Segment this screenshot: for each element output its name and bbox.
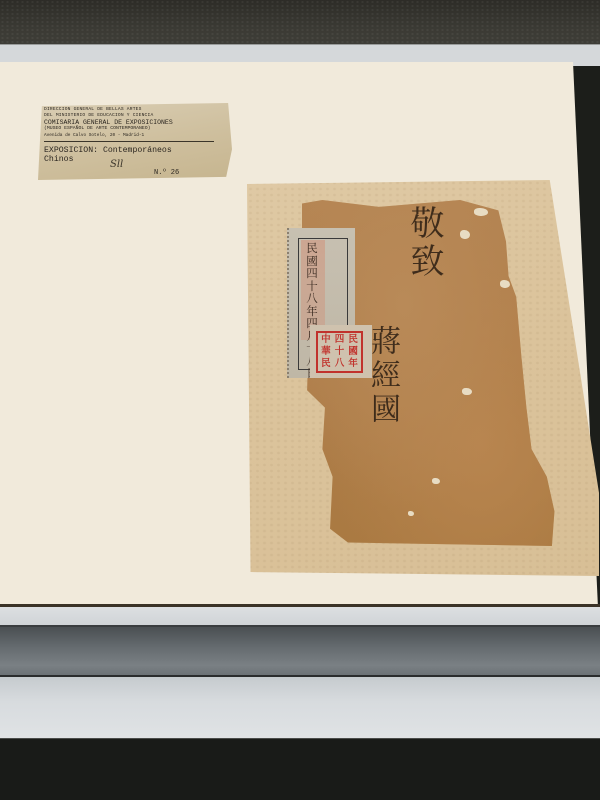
case-rail-lower: [0, 677, 600, 739]
calligraphy-column-2: 蔣經國: [360, 325, 404, 427]
label-line-4: (MUSEO ESPAÑOL DE ARTE CONTEMPORANEO): [44, 126, 226, 132]
red-seal-stamp: 中 四 民 華 十 國 民 八 年: [316, 331, 363, 373]
paper-damage: [432, 478, 440, 484]
seal-char: 八: [333, 358, 347, 370]
label-address: Avenida de Calvo Sotelo, 20 - Madrid-1: [44, 133, 214, 142]
case-rail-upper: [0, 607, 600, 627]
case-rail-dark-band: [0, 625, 600, 677]
label-line-2: DEL MINISTERIO DE EDUCACION Y CIENCIA: [44, 113, 226, 119]
gallery-wall: [0, 0, 600, 48]
paper-damage: [500, 280, 510, 288]
exhibition-label: DIRECCION GENERAL DE BELLAS ARTES DEL MI…: [38, 103, 232, 180]
seal-char: 民: [346, 334, 360, 346]
label-exposition-cont: Chinos: [44, 155, 226, 164]
seal-char: 中: [319, 334, 333, 346]
seal-char: 年: [346, 358, 360, 370]
label-line-3: COMISARIA GENERAL DE EXPOSICIONES: [44, 119, 226, 126]
seal-char: 國: [346, 346, 360, 358]
seal-char: 四: [333, 334, 347, 346]
label-exposition: EXPOSICION: Contemporáneos: [44, 146, 226, 155]
label-signature: Sll: [110, 159, 123, 170]
seal-char: 華: [319, 346, 333, 358]
paper-damage: [474, 208, 488, 216]
seal-char: 十: [333, 346, 347, 358]
paper-damage: [460, 230, 470, 239]
floor-shadow: [0, 738, 600, 800]
calligraphy-column-1: 敬致: [400, 205, 449, 281]
paper-damage: [462, 388, 472, 395]
seal-char: 民: [319, 358, 333, 370]
paper-damage: [408, 511, 414, 516]
label-number: N.º 26: [154, 169, 179, 177]
